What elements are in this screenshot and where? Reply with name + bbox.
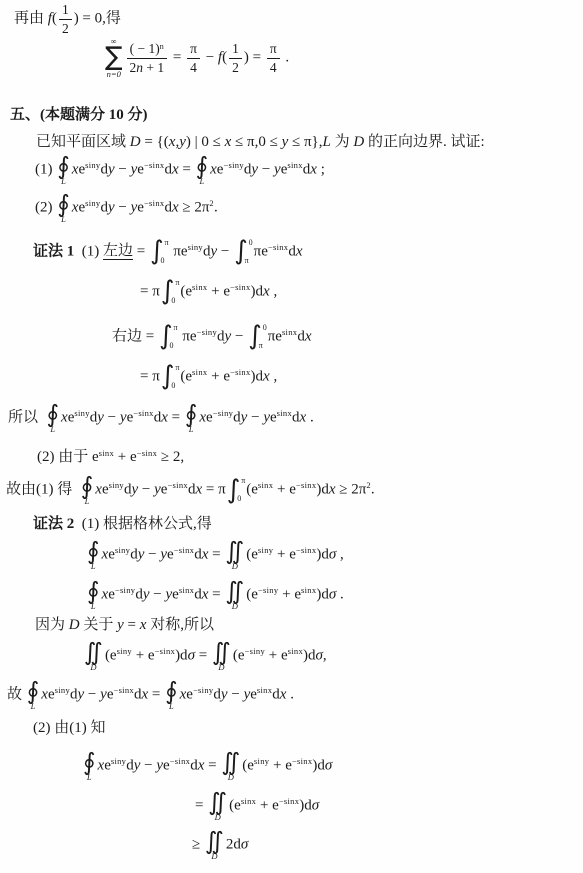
math-text: d [135, 587, 143, 603]
denominator: 4 [267, 59, 280, 76]
math-text: ≥ 2π [179, 200, 210, 216]
math-variable: x [310, 162, 317, 178]
superscript: −siny [115, 585, 135, 595]
math-text: = π [140, 283, 160, 299]
contour-integral: ∮L [185, 403, 198, 434]
operator-glyph: ∮ [57, 155, 70, 177]
math-text: (e [229, 798, 241, 814]
math-text: = [124, 617, 140, 633]
upper-limit: 0 [249, 239, 253, 247]
math-text: + e [269, 758, 292, 774]
fraction: 12 [229, 41, 242, 75]
lower-limit: 0 [161, 257, 169, 265]
fraction: 12 [59, 2, 72, 36]
lower-limit: D [232, 602, 238, 611]
math-text: e [108, 587, 115, 603]
math-text: (e [180, 368, 192, 384]
integral: ∫π0 [227, 477, 246, 503]
math-text: )d [316, 547, 329, 563]
math-text: 1 [62, 2, 69, 17]
contour-integral: ∮L [196, 155, 209, 186]
contour-integral: ∮L [87, 540, 100, 571]
math-text: e [167, 547, 174, 563]
integral-limits: 0π [260, 324, 267, 350]
math-text: = [195, 798, 207, 814]
math-variable: x [263, 368, 270, 384]
math-variable: D [353, 134, 364, 150]
math-text: − [247, 410, 263, 426]
math-text: 为 [331, 134, 354, 150]
proof2-green-eq1: ∮Lxesinydy − ye−sinxdx = ∬D(esiny + e−si… [86, 540, 344, 571]
math-text: 因为 [35, 617, 69, 633]
math-text: d [164, 200, 172, 216]
math-text: = [208, 587, 224, 603]
math-text: e [48, 687, 55, 703]
denominator: 2 [59, 20, 72, 37]
math-text: )d [316, 482, 329, 498]
superscript: −siny [223, 160, 243, 170]
math-text: = [179, 162, 195, 178]
math-text: . [286, 687, 294, 703]
math-text: 的正向边界. 试证: [364, 134, 484, 150]
math-text: )d [251, 368, 264, 384]
operator-glyph: ∬ [225, 540, 244, 562]
math-text: d [194, 547, 202, 563]
superscript: −sinx [279, 796, 299, 806]
operator-glyph: ∮ [87, 540, 100, 562]
math-text: d [100, 162, 108, 178]
proof1-conclusion-1: 所以 ∮Lxesinydy − ye−sinxdx = ∮Lxe−sinydy … [8, 403, 314, 434]
math-text: d [100, 200, 108, 216]
lower-limit: L [87, 773, 92, 782]
math-text: e [270, 410, 277, 426]
math-text: = [133, 243, 149, 259]
math-variable: σ [312, 798, 319, 814]
contour-integral: ∮L [27, 680, 40, 711]
math-text: − [144, 547, 160, 563]
math-text: d [213, 687, 221, 703]
math-text: )d [316, 587, 329, 603]
contour-integral: ∮L [83, 751, 96, 782]
double-integral: ∬D [225, 580, 244, 611]
math-variable: y [108, 162, 115, 178]
upper-limit: π [174, 324, 178, 332]
math-text: d [130, 547, 138, 563]
upper-limit: π [165, 239, 169, 247]
operator-glyph: ∮ [165, 680, 178, 702]
math-variable: x [172, 162, 179, 178]
math-text: )d [299, 798, 312, 814]
upper-limit: 0 [263, 324, 267, 332]
integral-limits: 0π [246, 239, 253, 265]
math-text: − [228, 687, 244, 703]
superscript: siny [117, 646, 132, 656]
superscript: −sinx [113, 685, 133, 695]
math-text: − [258, 162, 274, 178]
superscript: sinx [99, 448, 114, 458]
integral-limits: π0 [171, 324, 178, 350]
math-text: (e [246, 482, 258, 498]
superscript: 2 [209, 198, 214, 208]
math-variable: x [61, 410, 68, 426]
operator-glyph: ∬ [205, 830, 224, 852]
math-text: − [140, 758, 156, 774]
lower-limit: D [218, 663, 224, 672]
double-integral: ∬D [221, 751, 240, 782]
superscript: −sinx [296, 480, 316, 490]
math-text: d [194, 587, 202, 603]
math-variable: x [263, 283, 270, 299]
math-text: 故 [7, 687, 26, 703]
operator-glyph: ∮ [47, 403, 60, 425]
denominator: 2 [229, 59, 242, 76]
lower-limit: π [259, 342, 267, 350]
series-sum-equation: ∞∑n=0( − 1)n2n + 1 = π4 − f(12) = π4 . [104, 38, 289, 78]
math-text: (2) [35, 200, 56, 216]
contour-integral: ∮L [165, 680, 178, 711]
math-text: − [115, 162, 131, 178]
superscript: −siny [197, 327, 217, 337]
math-text: ( [222, 50, 227, 66]
math-text: 已知平面区域 [36, 134, 130, 150]
math-text: = π [140, 368, 160, 384]
math-variable: x [172, 200, 179, 216]
math-text: + e [207, 368, 230, 384]
lower-limit: L [91, 602, 96, 611]
math-variable: y [154, 482, 161, 498]
superscript: 2 [366, 480, 371, 490]
math-text: + 1 [143, 60, 164, 75]
proof2-symmetry-eq: ∬D(esiny + e−sinx)dσ = ∬D(e−siny + esinx… [83, 641, 327, 672]
math-text: d [164, 162, 172, 178]
superscript: siny [188, 242, 203, 252]
math-text: 所以 [8, 410, 46, 426]
superscript: siny [85, 160, 100, 170]
math-text: (e [246, 547, 258, 563]
integral-limits: π0 [238, 477, 245, 503]
double-integral: ∬D [84, 641, 103, 672]
math-variable: y [97, 410, 104, 426]
operator-glyph: ∮ [87, 580, 100, 602]
superscript: siny [55, 685, 70, 695]
lower-limit: D [90, 663, 96, 672]
math-text: (e [105, 648, 117, 664]
math-text: ≥ 2π [336, 482, 367, 498]
lower-limit: D [228, 773, 234, 782]
summation-operator: ∞∑n=0 [105, 38, 123, 78]
math-text: πe [254, 243, 268, 259]
math-text: ≤ π}, [288, 134, 322, 150]
underlined-text: 左边 [103, 243, 133, 260]
math-variable: y [179, 134, 186, 150]
math-text: 关于 [80, 617, 118, 633]
operator-glyph: ∮ [57, 193, 70, 215]
superscript: −sinx [170, 756, 190, 766]
math-text: d [297, 328, 305, 344]
superscript: siny [109, 480, 124, 490]
lower-limit: n=0 [107, 70, 121, 79]
proof2-green-eq2: ∮Lxe−sinydy − yesinxdx = ∬D(e−siny + esi… [86, 580, 344, 611]
superscript: sinx [288, 646, 303, 656]
integral-limits: π0 [172, 364, 179, 390]
lower-limit: D [211, 852, 217, 861]
operator-glyph: ∮ [83, 751, 96, 773]
math-text: 4 [270, 60, 277, 75]
math-text: = [204, 758, 220, 774]
math-text: (2) 由于 e [37, 449, 99, 465]
math-text: . [336, 587, 344, 603]
math-text: , [323, 648, 327, 664]
math-text: − [115, 200, 131, 216]
math-text: − [217, 243, 233, 259]
math-text: d [70, 687, 78, 703]
lower-limit: 0 [171, 382, 179, 390]
bold-heading-text: 证法 2 [33, 516, 74, 532]
math-text: . [306, 410, 314, 426]
claim-2: (2) ∮Lxesinydy − ye−sinxdx ≥ 2π2. [35, 193, 218, 224]
operator-glyph: ∬ [84, 641, 103, 663]
lower-limit: 0 [170, 342, 178, 350]
math-text: ) | 0 ≤ [186, 134, 225, 150]
math-text: 2 [62, 21, 69, 36]
math-text: ≥ 2, [157, 449, 184, 465]
numerator: 1 [59, 2, 72, 20]
superscript: −sinx [174, 545, 194, 555]
math-text: − [104, 410, 120, 426]
proof2-part2-heading: (2) 由(1) 知 [33, 719, 105, 738]
integral: ∫π0 [150, 239, 169, 265]
lower-limit: π [245, 257, 253, 265]
superscript: sinx [241, 796, 256, 806]
numerator: π [187, 41, 200, 59]
math-text: , [336, 547, 344, 563]
lower-limit: L [199, 177, 204, 186]
math-variable: x [41, 687, 48, 703]
math-text: π [270, 41, 277, 56]
math-text: (e [242, 758, 254, 774]
math-text: d [272, 687, 280, 703]
math-text: + e [132, 648, 155, 664]
superscript: −sinx [133, 408, 153, 418]
numerator: 1 [229, 41, 242, 59]
math-text: (1) 根据格林公式,得 [74, 516, 212, 532]
math-variable: y [274, 162, 281, 178]
operator-glyph: ∮ [27, 680, 40, 702]
math-variable: x [95, 482, 102, 498]
proof1-right-side: 右边 = ∫π0 πe−sinydy − ∫0ππesinxdx [112, 324, 311, 350]
math-text: d [292, 410, 300, 426]
math-text: e [186, 687, 193, 703]
contour-integral: ∮L [47, 403, 60, 434]
claim-1: (1) ∮Lxesinydy − ye−sinxdx = ∮Lxe−sinydy… [35, 155, 325, 186]
integral: ∫0π [234, 239, 253, 265]
math-variable: x [329, 482, 336, 498]
math-variable: y [263, 410, 270, 426]
math-text: = π [202, 482, 226, 498]
superscript: −sinx [230, 282, 250, 292]
math-text: , [270, 368, 278, 384]
math-text: = [169, 50, 185, 66]
math-text: − [150, 587, 166, 603]
lower-limit: 0 [171, 297, 179, 305]
contour-integral: ∮L [57, 155, 70, 186]
proof2-symmetry-statement: 因为 D 关于 y = x 对称,所以 [35, 616, 214, 635]
math-text: πe [268, 328, 282, 344]
lower-limit: L [61, 177, 66, 186]
math-text: (2) 由(1) 知 [33, 720, 105, 736]
proof1-part2-conclusion: 故由(1) 得 ∮Lxesinydy − ye−sinxdx = π∫π0(es… [6, 475, 375, 506]
math-variable: x [161, 410, 168, 426]
math-variable: y [143, 587, 150, 603]
superscript: siny [85, 198, 100, 208]
math-variable: σ [241, 837, 248, 853]
integral: ∫π0 [161, 364, 180, 390]
math-text: . [371, 482, 375, 498]
integral-limits: π0 [172, 279, 179, 305]
math-text: − [138, 482, 154, 498]
math-variable: x [210, 162, 217, 178]
fraction: π4 [187, 41, 200, 75]
math-text: e [108, 547, 115, 563]
math-variable: x [296, 243, 303, 259]
proof2-part2-eq2: = ∬D(esinx + e−sinx)dσ [195, 791, 319, 822]
superscript: sinx [258, 480, 273, 490]
math-text: 2 [232, 60, 239, 75]
superscript: sinx [282, 327, 297, 337]
math-text: + e [114, 449, 137, 465]
operator-glyph: ∑ [105, 46, 123, 70]
fraction: ( − 1)n2n + 1 [127, 41, 168, 75]
superscript: sinx [287, 160, 302, 170]
math-text: πe [170, 243, 188, 259]
math-text: (e [233, 648, 245, 664]
math-text: d [217, 328, 225, 344]
superscript: −sinx [292, 756, 312, 766]
lower-limit: L [189, 425, 194, 434]
math-variable: y [108, 200, 115, 216]
numerator: π [267, 41, 280, 59]
math-text: (e [246, 587, 258, 603]
math-text: e [137, 162, 144, 178]
math-text: = [148, 687, 164, 703]
integral: ∫0π [248, 324, 267, 350]
math-text: . [214, 200, 218, 216]
math-text: )d [303, 648, 316, 664]
superscript: siny [115, 545, 130, 555]
math-variable: x [305, 328, 312, 344]
lower-limit: L [31, 702, 36, 711]
superscript: −sinx [137, 448, 157, 458]
fraction: π4 [267, 41, 280, 75]
math-variable: σ [316, 648, 323, 664]
operator-glyph: ∬ [212, 641, 231, 663]
math-text: 对称,所以 [146, 617, 214, 633]
math-text: 2d [226, 837, 241, 853]
superscript: −siny [193, 685, 213, 695]
proof1-right-eval: = π∫π0(esinx + e−sinx)dx , [140, 364, 277, 390]
math-text: ( [52, 10, 57, 26]
superscript: −sinx [144, 198, 164, 208]
math-variable: y [100, 687, 107, 703]
math-text: e [163, 758, 170, 774]
integral: ∫π0 [161, 279, 180, 305]
math-variable: D [130, 134, 141, 150]
math-text: + e [265, 648, 288, 664]
math-text: )d [251, 283, 264, 299]
math-variable: y [120, 410, 127, 426]
lower-limit: 0 [237, 495, 245, 503]
proof1-left-side: 证法 1 (1) 左边 = ∫π0 πesinydy − ∫0ππe−sinxd… [33, 239, 303, 265]
math-text: ) = 0,得 [74, 10, 121, 26]
contour-integral: ∮L [87, 580, 100, 611]
math-text: = [168, 410, 184, 426]
superscript: −sinx [144, 160, 164, 170]
math-text: 再由 [14, 10, 48, 26]
operator-glyph: ∮ [81, 475, 94, 497]
math-variable: y [221, 687, 228, 703]
scanned-math-solution-page: 再由 f(12) = 0,得∞∑n=0( − 1)n2n + 1 = π4 − … [0, 0, 583, 873]
lower-limit: L [91, 562, 96, 571]
denominator: 2n + 1 [127, 59, 168, 76]
math-text: = {( [141, 134, 169, 150]
proof2-part2-eq3: ≥ ∬D2dσ [192, 830, 248, 861]
proof2-heading: 证法 2 (1) 根据格林公式,得 [33, 515, 212, 534]
superscript: −sinx [296, 545, 316, 555]
lower-limit: D [232, 562, 238, 571]
lower-limit: D [215, 813, 221, 822]
superscript: sinx [257, 685, 272, 695]
superscript: −siny [245, 646, 265, 656]
bold-heading-text: 证法 1 [33, 243, 74, 259]
superscript: −siny [258, 585, 278, 595]
contour-integral: ∮L [57, 193, 70, 224]
math-text: 故由(1) 得 [6, 482, 80, 498]
math-text: e [206, 410, 213, 426]
upper-limit: π [175, 364, 179, 372]
operator-glyph: ∮ [185, 403, 198, 425]
math-text: e [104, 758, 111, 774]
proof1-left-eval: = π∫π0(esinx + e−sinx)dx , [140, 279, 277, 305]
math-text: + e [207, 283, 230, 299]
math-variable: σ [188, 648, 195, 664]
proof2-part2-eq1: ∮Lxesinydy − ye−sinxdx = ∬D(esiny + e−si… [82, 751, 332, 782]
problem-heading: 五、(本题满分 10 分) [10, 106, 148, 125]
superscript: −sinx [167, 480, 187, 490]
math-text: − [84, 687, 100, 703]
superscript: sinx [301, 585, 316, 595]
math-text: = [208, 547, 224, 563]
math-text: πe [179, 328, 197, 344]
superscript: siny [254, 756, 269, 766]
math-text: ; [317, 162, 325, 178]
operator-glyph: ∬ [225, 580, 244, 602]
math-text: − [231, 328, 247, 344]
math-text: + e [278, 587, 301, 603]
math-text: e [137, 200, 144, 216]
math-text: ) = [244, 50, 265, 66]
math-text: − [202, 50, 218, 66]
superscript: n [160, 42, 164, 51]
contour-integral: ∮L [81, 475, 94, 506]
operator-glyph: ∮ [196, 155, 209, 177]
superscript: siny [74, 408, 89, 418]
math-text: ≤ π,0 ≤ [231, 134, 281, 150]
superscript: −sinx [230, 367, 250, 377]
math-text: e [102, 482, 109, 498]
math-text: (1) [35, 162, 56, 178]
proof1-part2-premise: (2) 由于 esinx + e−sinx ≥ 2, [37, 448, 184, 467]
math-variable: L [323, 134, 331, 150]
